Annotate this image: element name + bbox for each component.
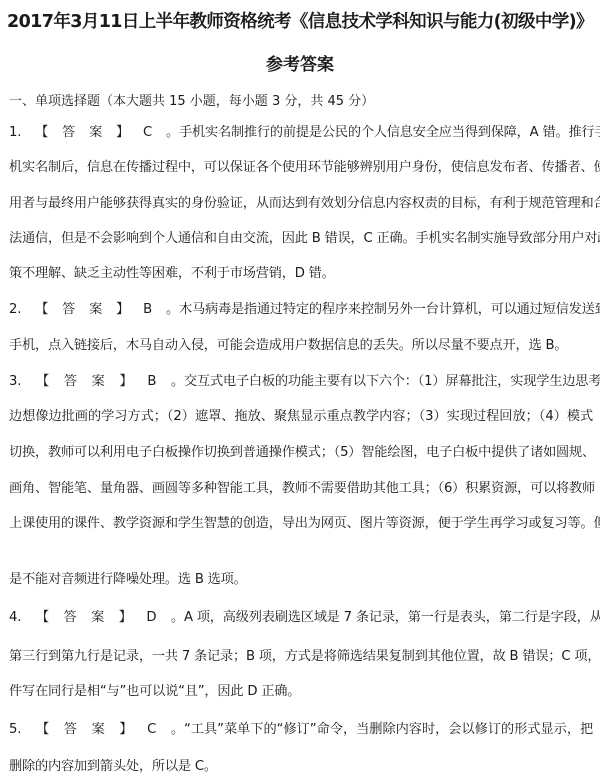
answer-3-line-1: 3.【答案】B。交互式电子白板的功能主要有以下六个：（1）屏幕批注，实现学生边思… — [9, 373, 593, 391]
document-subtitle: 参考答案 — [0, 50, 600, 75]
answer-5-line-1: 5.【答案】C。“工具”菜单下的“修订”命令，当删除内容时，会以修订的形式显示，… — [9, 721, 593, 739]
document-title: 2017年3月11日上半年教师资格统考《信息技术学科知识与能力(初级中学)》 — [0, 8, 600, 33]
answer-3-line-3: 切换，教师可以利用电子白板操作切换到普通操作模式；（5）智能绘图，电子白板中提供… — [9, 444, 593, 462]
answer-3-line-6: 是不能对音频进行降噪处理。选 B 选项。 — [9, 571, 593, 589]
answer-1-line-1: 1.【答案】C。手机实名制推行的前提是公民的个人信息安全应当得到保障，A 错。推… — [9, 124, 593, 142]
answer-1-line-3: 用者与最终用户能够获得真实的身份验证，从而达到有效划分信息内容权责的目标，有利于… — [9, 195, 593, 213]
answer-4-line-2: 第三行到第九行是记录，一共 7 条记录；B 项，方式是将筛选结果复制到其他位置，… — [9, 648, 593, 666]
answer-3-text: 交互式电子白板的功能主要有以下六个：（1）屏幕批注，实现学生边思考 — [184, 374, 600, 389]
answer-1-line-4: 法通信，但是不会影响到个人通信和自由交流，因此 B 错误，C 正确。手机实名制实… — [9, 230, 593, 248]
answer-3-line-4: 画角、智能笔、量角器、画圆等多种智能工具，教师不需要借助其他工具；（6）积累资源… — [9, 480, 593, 498]
answer-1-text: 手机实名制推行的前提是公民的个人信息安全应当得到保障，A 错。推行手 — [179, 125, 600, 140]
answer-5-line-2: 删除的内容加到箭头处，所以是 C。 — [9, 758, 593, 776]
section-header: 一、单项选择题（本大题共 15 小题，每小题 3 分，共 45 分） — [9, 90, 374, 109]
answer-5-text: “工具”菜单下的“修订”命令，当删除内容时，会以修订的形式显示，把 — [184, 722, 593, 737]
answer-5-label: 5.【答案】C。 — [9, 721, 184, 739]
answer-3-line-5: 上课使用的课件、教学资源和学生智慧的创造，导出为网页、图片等资源，便于学生再学习… — [9, 515, 593, 533]
answer-4-label: 4.【答案】D。 — [9, 609, 184, 627]
answer-2-label: 2.【答案】B。 — [9, 301, 179, 319]
answer-1-line-2: 机实名制后，信息在传播过程中，可以保证各个使用环节能够辨别用户身份，使信息发布者… — [9, 159, 593, 177]
answer-3-label: 3.【答案】B。 — [9, 373, 184, 391]
answer-1-line-5: 策不理解、缺乏主动性等困难，不利于市场营销，D 错。 — [9, 265, 593, 283]
answer-2-line-1: 2.【答案】B。木马病毒是指通过特定的程序来控制另外一台计算机，可以通过短信发送… — [9, 301, 593, 319]
answer-2-text: 木马病毒是指通过特定的程序来控制另外一台计算机，可以通过短信发送到 — [179, 302, 600, 317]
answer-4-text: A 项，高级列表刷选区域是 7 条记录，第一行是表头，第二行是字段，从 — [184, 610, 600, 625]
answer-1-label: 1.【答案】C。 — [9, 124, 179, 142]
answer-2-line-2: 手机，点入链接后，木马自动入侵，可能会造成用户数据信息的丢失。所以尽量不要点开，… — [9, 337, 593, 355]
answer-3-line-2: 边想像边批画的学习方式；（2）遮罩、拖放、聚焦显示重点教学内容；（3）实现过程回… — [9, 408, 593, 426]
answer-4-line-1: 4.【答案】D。A 项，高级列表刷选区域是 7 条记录，第一行是表头，第二行是字… — [9, 609, 593, 627]
answer-4-line-3: 件写在同行是相“与”也可以说“且”，因此 D 正确。 — [9, 683, 593, 701]
